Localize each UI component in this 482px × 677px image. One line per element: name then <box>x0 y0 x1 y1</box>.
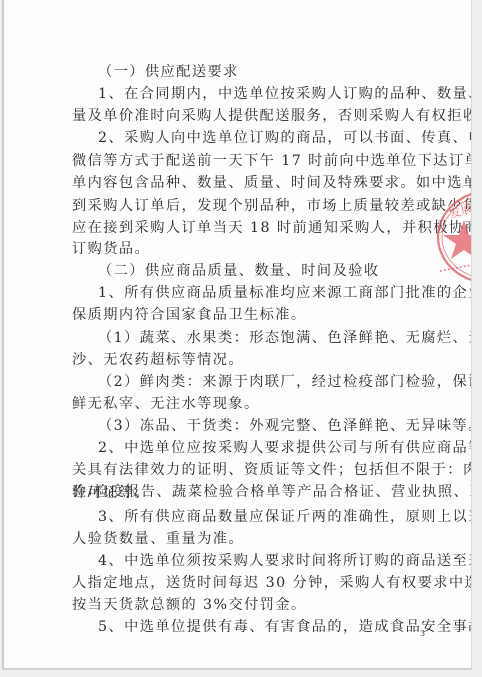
text-line: （二）供应商品质量、数量、时间及验收 <box>98 262 379 280</box>
text-line: 关具有法律效力的证明、资质证等文件；包括但不限于：肉品检 <box>72 461 472 479</box>
text-line: 1、所有供应商品质量标准均应来源工商部门批准的企业在 <box>98 284 472 302</box>
text-line: 人指定地点，送货时间每迟 30 分钟，采购人有权要求中选单位 <box>72 574 472 592</box>
text-line: 2、采购人向中选单位订购的商品，可以书面、传真、电话或 <box>98 129 472 147</box>
text-line: （3）冻品、干货类：外观完整、色泽鲜艳、无异味等。 <box>98 417 472 435</box>
text-line: （2）鲜肉类：来源于肉联厂，经过检疫部门检验，保证新 <box>98 373 472 391</box>
text-line: 微信等方式于配送前一天下午 17 时前向中选单位下达订单，订 <box>72 152 472 170</box>
text-line: 量及单价准时向采购人提供配送服务，否则采购人有权拒收。 <box>72 107 472 125</box>
text-line: 单内容包含品种、数量、质量、时间及特殊要求。如中选单位接 <box>72 174 472 192</box>
document-page: （一）供应配送要求1、在合同期内，中选单位按采购人订购的品种、数量、质量及单价准… <box>2 0 472 670</box>
text-line: 保质期内符合国家食品卫生标准。 <box>72 306 307 324</box>
company-seal-stamp: 发展集团 <box>432 185 472 290</box>
text-line: 沙、无农药超标等情况。 <box>72 351 244 369</box>
text-line: 人验货数量、重量为准。 <box>72 530 244 548</box>
text-line: 5、中选单位提供有毒、有害食品的，造成食品安全事故的， <box>98 618 472 636</box>
text-line: 2、中选单位应按采购人要求提供公司与所有供应商品等相 <box>98 439 472 457</box>
text-line: 应在接到采购人订单当天 18 时前通知采购人，并积极协商更换 <box>72 219 472 237</box>
text-line: 3、所有供应商品数量应保证斤两的准确性，原则上以采购 <box>98 508 472 526</box>
text-line: 按当天货款总额的 3%交付罚金。 <box>72 596 307 614</box>
text-line: 鲜无私宰、无注水等现象。 <box>72 395 260 413</box>
page-number: 3 <box>420 629 425 638</box>
text-line: （一）供应配送要求 <box>98 63 239 81</box>
text-line: （1）蔬菜、水果类：形态饱满、色泽鲜艳、无腐烂、无泥 <box>98 329 472 347</box>
text-line: 1、在合同期内，中选单位按采购人订购的品种、数量、质 <box>98 85 472 103</box>
stamp-text: 发展集团 <box>447 192 472 221</box>
text-line: 4、中选单位须按采购人要求时间将所订购的商品送至采购 <box>98 552 472 570</box>
text-line: 订购货品。 <box>72 240 150 258</box>
text-line: 到采购人订单后，发现个别品种，市场上质量较差或缺少货源， <box>72 197 472 215</box>
text-line: 许可证等。 <box>72 484 150 502</box>
